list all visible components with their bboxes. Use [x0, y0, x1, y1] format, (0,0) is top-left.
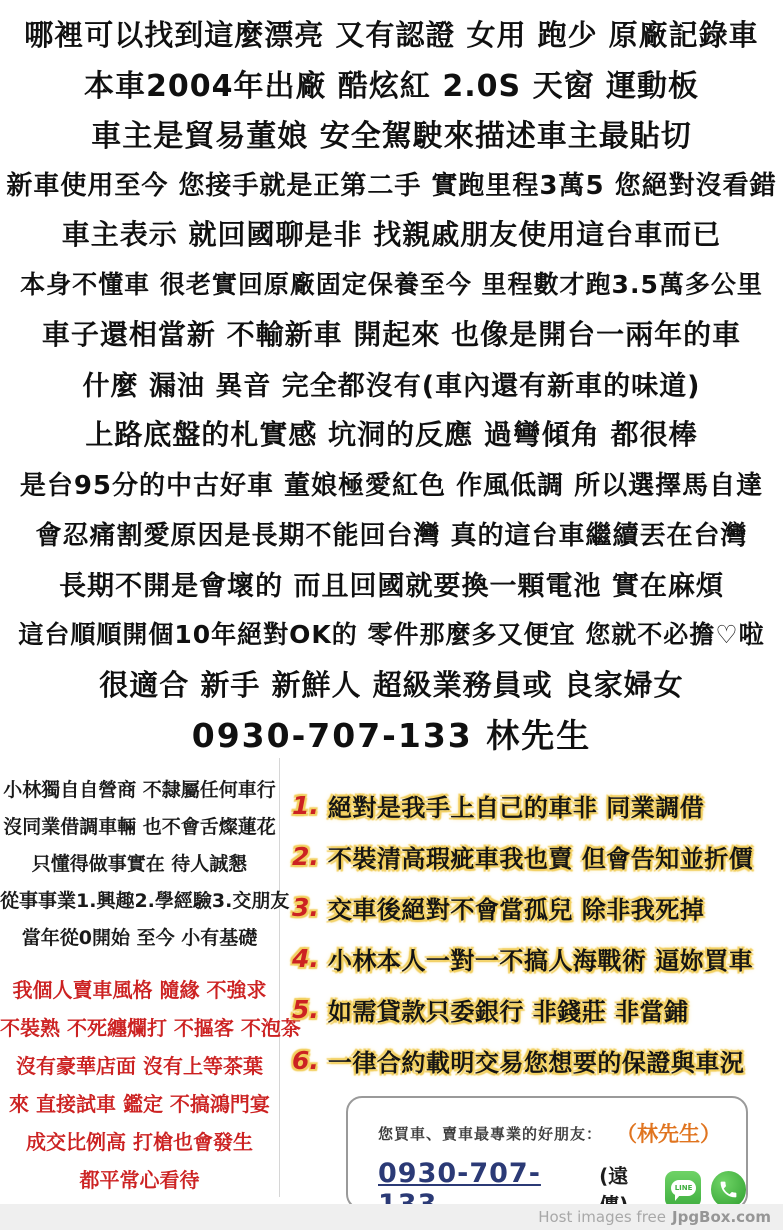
intro-line: 小林獨自自營商 不隸屬任何車行 — [0, 772, 279, 809]
item-text: 小林本人一對一不搞人海戰術 逼妳買車 — [328, 941, 753, 976]
style-line: 不裝熟 不死纏爛打 不摳客 不泡茶 — [0, 1009, 279, 1047]
item-number: 4. — [292, 944, 319, 973]
phone-handset-glyph — [718, 1179, 739, 1200]
ad-line: 這台順順開個10年絕對OK的 零件那麼多又便宜 您就不必擔♡啦 — [0, 608, 783, 658]
item-text: 不裝清高瑕疵車我也賣 但會告知並折價 — [328, 839, 753, 874]
intro-line: 沒同業借調車輛 也不會舌燦蓮花 — [0, 809, 279, 846]
line-bubble-label: LINE — [671, 1180, 696, 1196]
line-bubble-tail — [675, 1195, 680, 1201]
watermark-text: Host images free — [538, 1208, 666, 1226]
intro-line: 只懂得做事實在 待人誠懇 — [0, 846, 279, 883]
item-number: 6. — [292, 1046, 319, 1075]
intro-line: 當年從0開始 至今 小有基礎 — [0, 920, 279, 957]
ad-line: 車主表示 就回國聊是非 找親戚朋友使用這台車而已 — [0, 208, 783, 258]
phone-headline: 0930-707-133 林先生 — [0, 708, 783, 758]
selling-style-block: 我個人賣車風格 隨緣 不強求 不裝熟 不死纏爛打 不摳客 不泡茶 沒有豪華店面 … — [0, 971, 279, 1199]
flyer-page: 哪裡可以找到這麼漂亮 又有認證 女用 跑少 原廠記錄車 本車2004年出廠 酷炫… — [0, 0, 783, 1197]
ad-line: 長期不開是會壞的 而且回國就要換一顆電池 實在麻煩 — [0, 558, 783, 608]
seller-name: （林先生） — [616, 1118, 721, 1148]
intro-line: 從事事業1.興趣2.學經驗3.交朋友 — [0, 883, 279, 920]
style-line: 都平常心看待 — [0, 1161, 279, 1199]
ad-line: 會忍痛割愛原因是長期不能回台灣 真的這台車繼續丟在台灣 — [0, 508, 783, 558]
guarantees-panel: 1. 絕對是我手上自己的車非 同業調借 2. 不裝清高瑕疵車我也賣 但會告知並折… — [280, 758, 783, 1197]
item-number: 5. — [292, 995, 319, 1024]
seller-intro-panel: 小林獨自自營商 不隸屬任何車行 沒同業借調車輛 也不會舌燦蓮花 只懂得做事實在 … — [0, 758, 280, 1197]
watermark-brand: JpgBox.com — [672, 1208, 771, 1226]
ad-line: 很適合 新手 新鮮人 超級業務員或 良家婦女 — [0, 658, 783, 708]
ad-line: 本身不懂車 很老實回原廠固定保養至今 里程數才跑3.5萬多公里 — [0, 258, 783, 308]
contact-box: 您買車、賣車最專業的好朋友： （林先生） 0930-707-133 (遠傳) L… — [346, 1096, 748, 1210]
lower-section: 小林獨自自營商 不隸屬任何車行 沒同業借調車輛 也不會舌燦蓮花 只懂得做事實在 … — [0, 758, 783, 1197]
item-text: 一律合約載明交易您想要的保證與車況 — [328, 1043, 745, 1078]
list-item: 2. 不裝清高瑕疵車我也賣 但會告知並折價 — [290, 831, 783, 882]
list-item: 4. 小林本人一對一不搞人海戰術 逼妳買車 — [290, 933, 783, 984]
item-number: 1. — [292, 791, 319, 820]
style-line: 來 直接試車 鑑定 不搞鴻門宴 — [0, 1085, 279, 1123]
ad-line: 本車2004年出廠 酷炫紅 2.0S 天窗 運動板 — [0, 58, 783, 108]
ad-line: 哪裡可以找到這麼漂亮 又有認證 女用 跑少 原廠記錄車 — [0, 8, 783, 58]
ad-line: 車子還相當新 不輸新車 開起來 也像是開台一兩年的車 — [0, 308, 783, 358]
line-icon[interactable]: LINE — [665, 1171, 700, 1208]
style-line: 成交比例高 打槍也會發生 — [0, 1123, 279, 1161]
ad-line: 是台95分的中古好車 董娘極愛紅色 作風低調 所以選擇馬自達 — [0, 458, 783, 508]
contact-headline: 您買車、賣車最專業的好朋友： （林先生） — [378, 1118, 746, 1148]
list-item: 5. 如需貸款只委銀行 非錢莊 非當鋪 — [290, 984, 783, 1035]
item-text: 如需貸款只委銀行 非錢莊 非當鋪 — [328, 992, 689, 1027]
phone-call-icon[interactable] — [711, 1171, 746, 1208]
item-number: 2. — [292, 842, 319, 871]
ad-line: 車主是貿易董娘 安全駕駛來描述車主最貼切 — [0, 108, 783, 158]
list-item: 3. 交車後絕對不會當孤兒 除非我死掉 — [290, 882, 783, 933]
style-line: 沒有豪華店面 沒有上等茶葉 — [0, 1047, 279, 1085]
watermark-bar: Host images free JpgBox.com — [0, 1204, 783, 1230]
item-text: 交車後絕對不會當孤兒 除非我死掉 — [328, 890, 704, 925]
contact-label: 您買車、賣車最專業的好朋友： — [378, 1123, 602, 1144]
item-text: 絕對是我手上自己的車非 同業調借 — [328, 788, 704, 823]
ad-line: 什麼 漏油 異音 完全都沒有(車內還有新車的味道) — [0, 358, 783, 408]
style-line: 我個人賣車風格 隨緣 不強求 — [0, 971, 279, 1009]
ad-line: 新車使用至今 您接手就是正第二手 實跑里程3萬5 您絕對沒看錯 — [0, 158, 783, 208]
main-ad-text: 哪裡可以找到這麼漂亮 又有認證 女用 跑少 原廠記錄車 本車2004年出廠 酷炫… — [0, 0, 783, 758]
ad-line: 上路底盤的札實感 坑洞的反應 過彎傾角 都很棒 — [0, 408, 783, 458]
item-number: 3. — [292, 893, 319, 922]
list-item: 1. 絕對是我手上自己的車非 同業調借 — [290, 780, 783, 831]
list-item: 6. 一律合約載明交易您想要的保證與車況 — [290, 1035, 783, 1086]
